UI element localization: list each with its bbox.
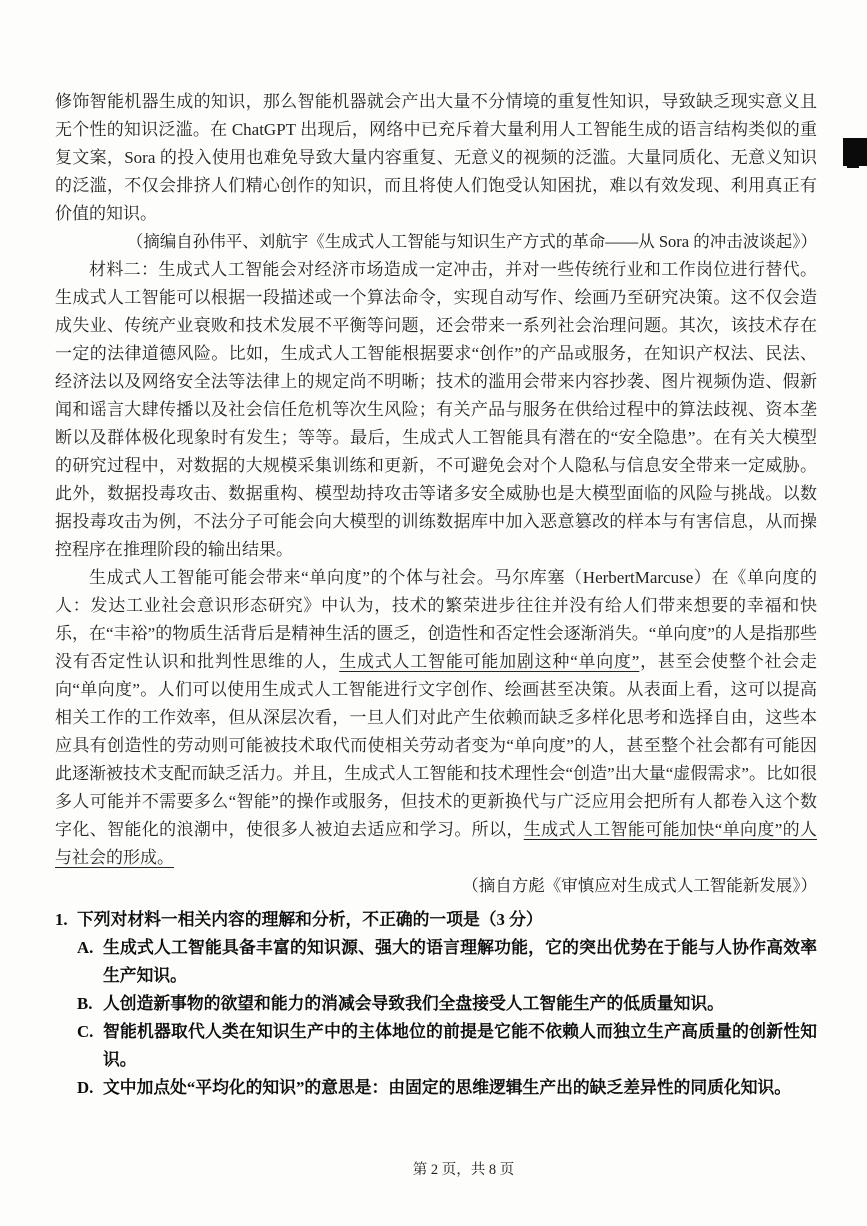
citation: （摘编自孙伟平、刘航宇《生成式人工智能与知识生产方式的革命——从 Sora 的冲…	[55, 228, 817, 256]
paragraph: 材料二：生成式人工智能会对经济市场造成一定冲击，并对一些传统行业和工作岗位进行替…	[55, 256, 817, 564]
option-text: 智能机器取代人类在知识生产中的主体地位的前提是它能不依赖人而独立生产高质量的创新…	[103, 1018, 817, 1074]
scan-edge-artifact	[843, 138, 867, 166]
question-options: A.生成式人工智能具备丰富的知识源、强大的语言理解功能，它的突出优势在于能与人协…	[55, 934, 817, 1102]
question-text: 下列对材料一相关内容的理解和分析，不正确的一项是（3 分）	[77, 906, 817, 934]
option-text: 文中加点处“平均化的知识”的意思是：由固定的思维逻辑生产出的缺乏差异性的同质化知…	[103, 1074, 817, 1102]
text-segment: 修饰智能机器生成的知识，那么智能机器就会产出大量不分情境的重复性知识，导致缺乏现…	[55, 92, 817, 223]
option-label: A.	[77, 934, 103, 990]
text-segment: （摘自方彪《审慎应对生成式人工智能新发展》）	[462, 876, 817, 895]
option-label: C.	[77, 1018, 103, 1074]
question-option: A.生成式人工智能具备丰富的知识源、强大的语言理解功能，它的突出优势在于能与人协…	[55, 934, 817, 990]
citation: （摘自方彪《审慎应对生成式人工智能新发展》）	[55, 872, 817, 900]
text-segment: ，甚至会使整个社会走向“单向度”。人们可以使用生成式人工智能进行文字创作、绘画甚…	[55, 652, 817, 839]
question-stem: 1. 下列对材料一相关内容的理解和分析，不正确的一项是（3 分）	[55, 906, 817, 934]
paragraph: 生成式人工智能可能会带来“单向度”的个体与社会。马尔库塞（HerbertMarc…	[55, 564, 817, 872]
option-text: 生成式人工智能具备丰富的知识源、强大的语言理解功能，它的突出优势在于能与人协作高…	[103, 934, 817, 990]
underlined-sentence: 生成式人工智能可能加剧这种“单向度”	[339, 652, 639, 671]
page-footer: 第 2 页，共 8 页	[60, 1158, 867, 1179]
question-1: 1. 下列对材料一相关内容的理解和分析，不正确的一项是（3 分） A.生成式人工…	[55, 906, 817, 1102]
text-segment: 材料二：生成式人工智能会对经济市场造成一定冲击，并对一些传统行业和工作岗位进行替…	[55, 260, 817, 559]
paragraph: 修饰智能机器生成的知识，那么智能机器就会产出大量不分情境的重复性知识，导致缺乏现…	[55, 88, 817, 228]
question-option: C.智能机器取代人类在知识生产中的主体地位的前提是它能不依赖人而独立生产高质量的…	[55, 1018, 817, 1074]
text-segment: （摘编自孙伟平、刘航宇《生成式人工智能与知识生产方式的革命——从 Sora 的冲…	[127, 232, 817, 251]
page-content: 修饰智能机器生成的知识，那么智能机器就会产出大量不分情境的重复性知识，导致缺乏现…	[55, 88, 817, 1102]
option-label: B.	[77, 990, 103, 1018]
option-label: D.	[77, 1074, 103, 1102]
article: 修饰智能机器生成的知识，那么智能机器就会产出大量不分情境的重复性知识，导致缺乏现…	[55, 88, 817, 900]
exam-paper-page: 修饰智能机器生成的知识，那么智能机器就会产出大量不分情境的重复性知识，导致缺乏现…	[0, 0, 867, 1226]
question-number: 1.	[55, 906, 77, 934]
option-text: 人创造新事物的欲望和能力的消减会导致我们全盘接受人工智能生产的低质量知识。	[103, 990, 817, 1018]
question-option: D.文中加点处“平均化的知识”的意思是：由固定的思维逻辑生产出的缺乏差异性的同质…	[55, 1074, 817, 1102]
question-option: B.人创造新事物的欲望和能力的消减会导致我们全盘接受人工智能生产的低质量知识。	[55, 990, 817, 1018]
